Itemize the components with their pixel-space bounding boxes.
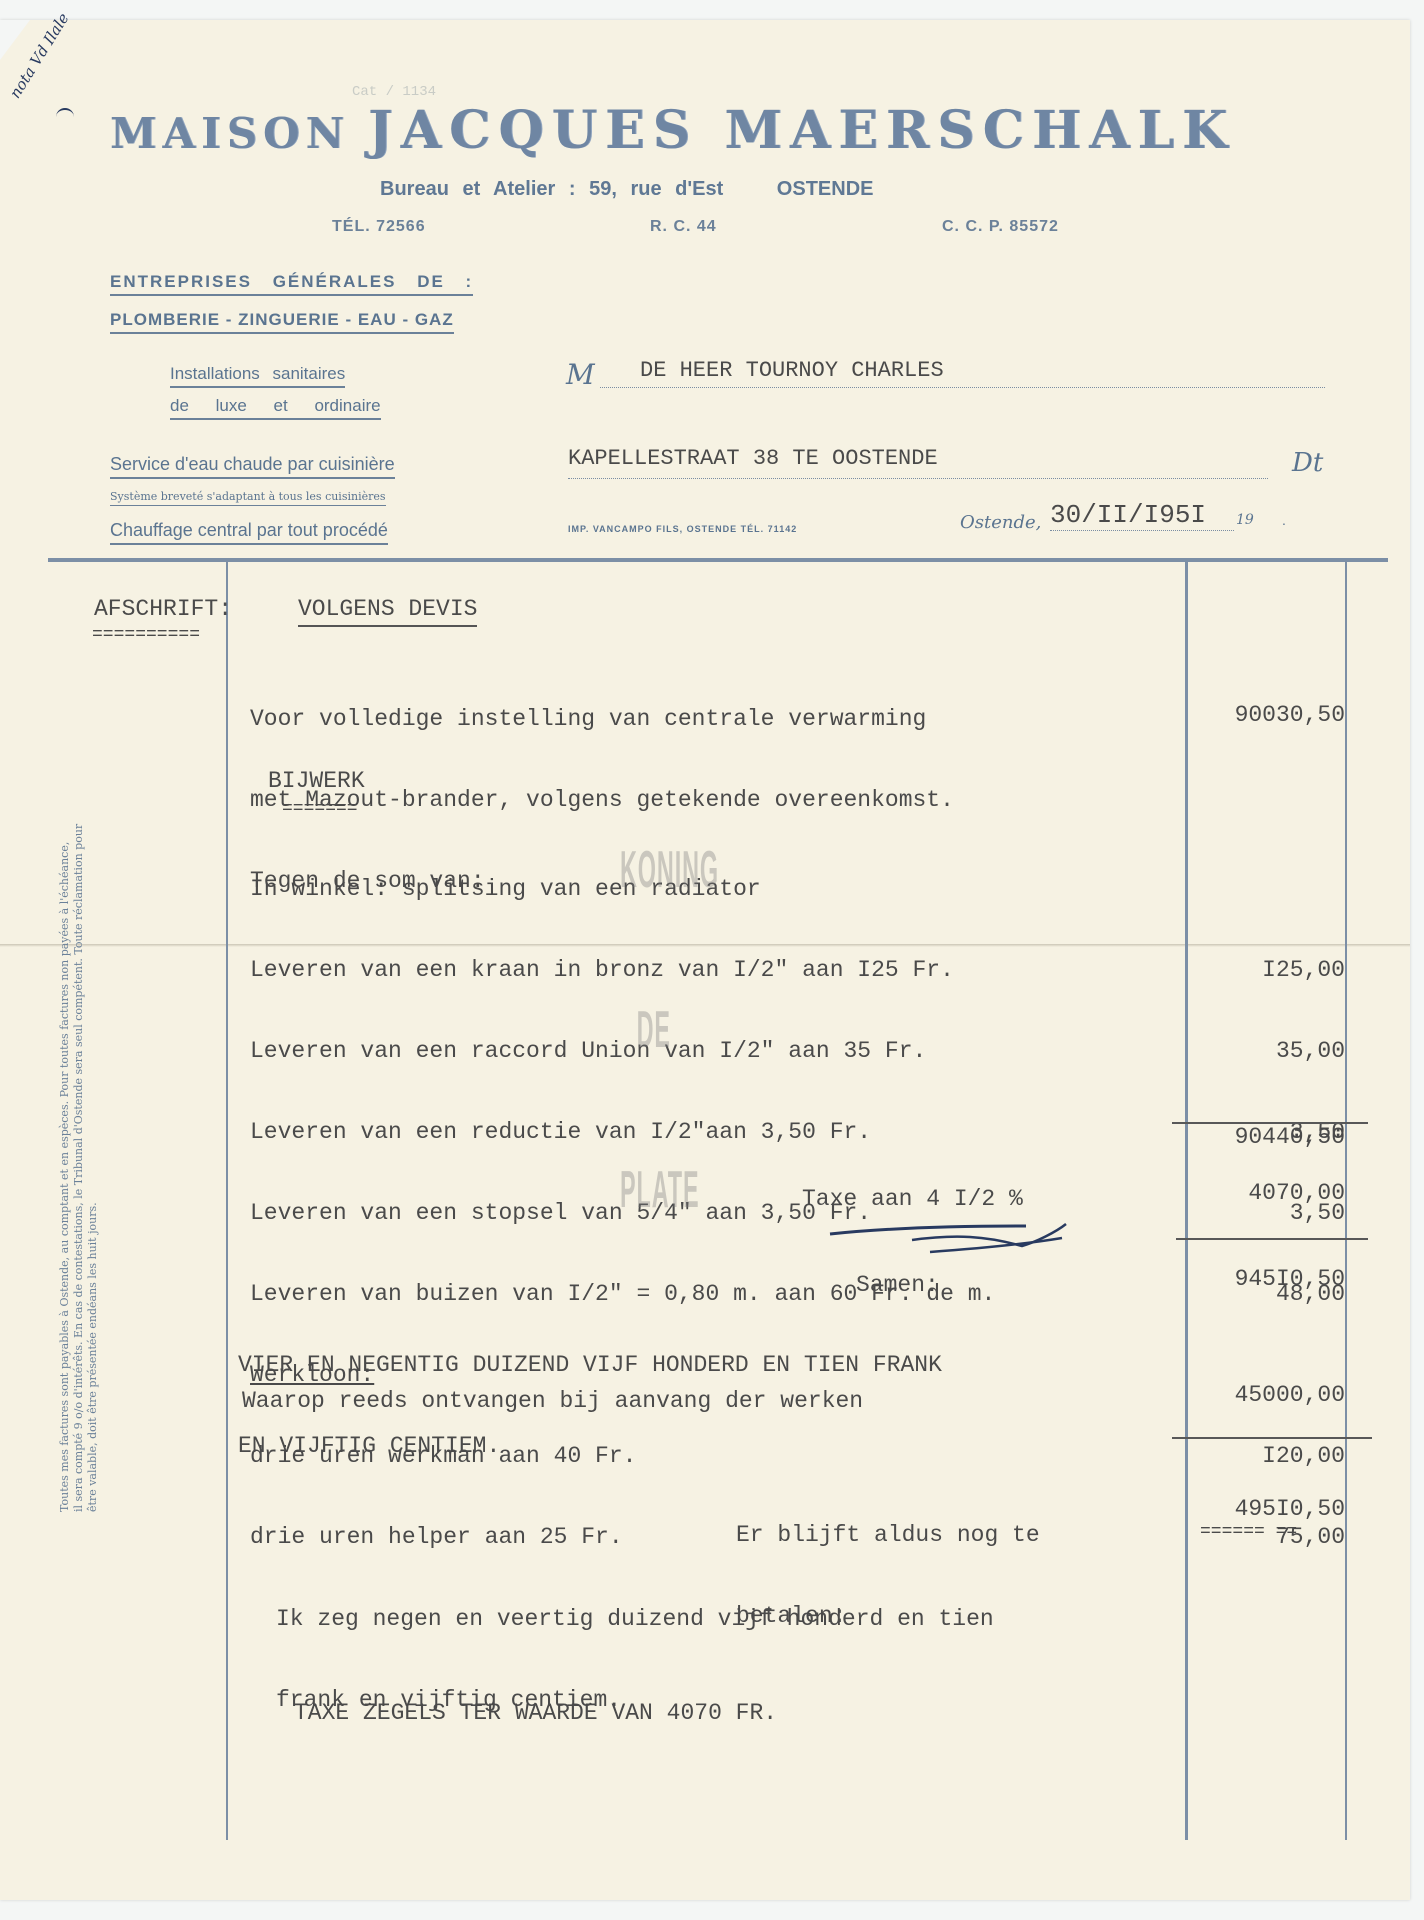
brand-name: JACQUES MAERSCHALK bbox=[368, 100, 1235, 161]
handwritten-signature-icon bbox=[826, 1222, 1096, 1258]
company-ccp: C. C. P. 85572 bbox=[942, 218, 1059, 236]
services-trades: PLOMBERIE - ZINGUERIE - EAU - GAZ bbox=[110, 310, 454, 334]
brand-maison: MAISON bbox=[110, 109, 350, 158]
total-label: Samen: bbox=[856, 1272, 939, 1299]
subtotal-amount: 90440,50 bbox=[1195, 1124, 1345, 1150]
extra-heading: BIJWERK bbox=[268, 768, 365, 795]
recipient-name: DE HEER TOURNOY CHARLES bbox=[600, 358, 1325, 388]
company-name: MAISONJACQUES MAERSCHALK bbox=[110, 100, 1235, 161]
address-city: OSTENDE bbox=[777, 178, 874, 200]
tax-label: Taxe aan 4 I/2 % bbox=[802, 1186, 1023, 1213]
date-dot: . bbox=[1282, 512, 1286, 528]
company-address: Bureau et Atelier : 59, rue d'Est OSTEND… bbox=[380, 178, 873, 201]
main-amount: 90030,50 bbox=[1195, 702, 1345, 728]
extra-underline: ======= bbox=[282, 796, 358, 823]
payment-terms-notice: Toutes mes factures sont payables à Oste… bbox=[58, 824, 100, 1512]
received-label: Waarop reeds ontvangen bij aanvang der w… bbox=[242, 1388, 863, 1415]
tax-amount: 4070,00 bbox=[1195, 1180, 1345, 1206]
balance-underline: ====== == bbox=[1200, 1522, 1297, 1542]
debit-label: Dt bbox=[1292, 448, 1323, 478]
folded-corner bbox=[0, 20, 30, 60]
recipient-prefix: M bbox=[566, 358, 595, 391]
address-street: 59, rue d'Est bbox=[589, 178, 723, 200]
services-patent: Système breveté s'adaptant à tous les cu… bbox=[110, 490, 386, 506]
services-heading: ENTREPRISES GÉNÉRALES DE : bbox=[110, 272, 473, 296]
item-amount: I25,00 bbox=[1195, 957, 1345, 984]
company-tel: TÉL. 72566 bbox=[332, 218, 426, 236]
services-sanitary-2: de luxe et ordinaire bbox=[170, 396, 381, 420]
invoice-date: 30/II/I95I bbox=[1050, 500, 1234, 531]
copy-label: AFSCHRIFT: bbox=[94, 596, 232, 623]
date-place: Ostende, bbox=[960, 512, 1041, 533]
balance-rule bbox=[1172, 1437, 1372, 1439]
item-amount: 35,00 bbox=[1195, 1038, 1345, 1065]
invoice-heading: VOLGENS DEVIS bbox=[298, 596, 477, 627]
archive-stamp: Cat / 1134 bbox=[352, 84, 436, 100]
address-label: Bureau et Atelier : bbox=[380, 178, 576, 200]
balance-amount: 495I0,50 bbox=[1195, 1496, 1345, 1522]
watermark: KONING DE PLATE bbox=[620, 790, 688, 1270]
item-amount: I20,00 bbox=[1195, 1443, 1345, 1470]
total-amount: 945I0,50 bbox=[1195, 1266, 1345, 1292]
total-rule bbox=[1176, 1238, 1368, 1240]
table-left-column-rule bbox=[226, 562, 228, 1840]
year-prefix: 19 bbox=[1236, 512, 1254, 528]
printer-imprint: IMP. VANCAMPO FILS, OSTENDE TÉL. 71142 bbox=[568, 524, 797, 534]
services-heating: Chauffage central par tout procédé bbox=[110, 520, 388, 545]
services-sanitary: Installations sanitaires bbox=[170, 364, 345, 388]
amount-column-right-rule bbox=[1345, 562, 1347, 1840]
company-rc: R. C. 44 bbox=[650, 218, 717, 236]
copy-underline: ========== bbox=[92, 622, 200, 649]
amount-column-left-rule bbox=[1185, 562, 1188, 1840]
recipient-address: KAPELLESTRAAT 38 TE OOSTENDE bbox=[568, 446, 1268, 479]
tax-stamps-note: TAXE ZEGELS TER WAARDE VAN 4070 FR. bbox=[294, 1700, 777, 1727]
received-amount: 45000,00 bbox=[1195, 1382, 1345, 1408]
services-hot-water: Service d'eau chaude par cuisinière bbox=[110, 454, 395, 479]
